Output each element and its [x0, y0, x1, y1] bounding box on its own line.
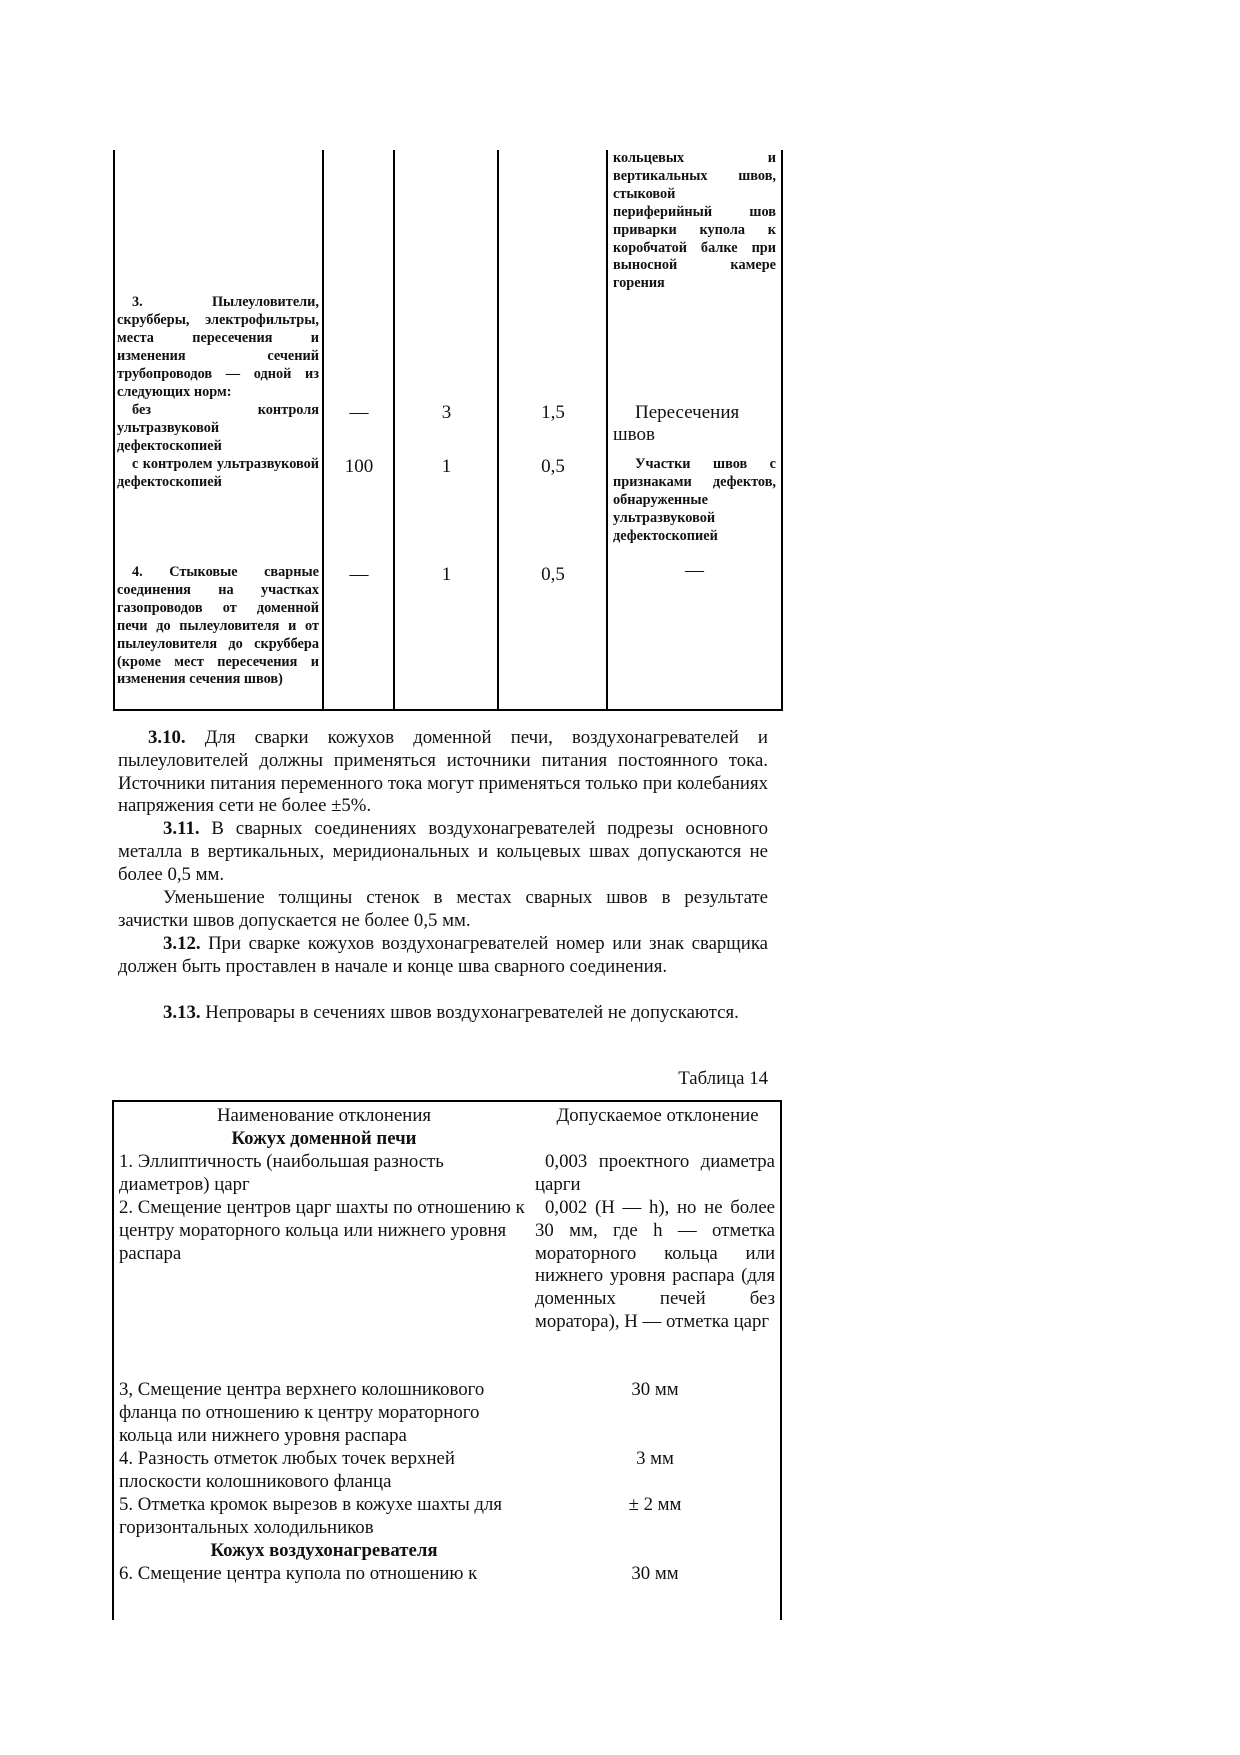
row-2-name: 2. Смещение центров царг шахты по отноше…: [119, 1197, 529, 1265]
table-border-left: [112, 1100, 114, 1620]
row3-sub1-locations: Пересечения швов: [613, 402, 776, 446]
table-caption: Таблица 14: [678, 1068, 768, 1090]
row3-sub2-value: 0,5: [500, 456, 606, 478]
header-allowed-deviation: Допускаемое отклонение: [535, 1105, 780, 1128]
row-6-name: 6. Смещение центра купола по отношению к: [119, 1563, 529, 1586]
row3-sub2-locations: Участки швов с признаками дефектов, обна…: [613, 456, 776, 546]
paragraph-3-10: 3.10. Для сварки кожухов доменной печи, …: [118, 727, 768, 818]
table-border-top: [112, 1100, 782, 1102]
row3-sub1-label: без контроля ультразвуковой дефектоскопи…: [117, 402, 319, 456]
row4-volume: —: [325, 564, 393, 586]
row3-sub2-label: с контролем ультразвуковой дефектоскопие…: [117, 456, 319, 492]
clause-number: 3.11.: [163, 818, 200, 839]
table-divider: [393, 150, 395, 711]
paragraph-3-12: 3.12. При сварке кожухов воздухонагреват…: [118, 933, 768, 979]
table-divider: [606, 150, 608, 711]
row3-sub2-count: 1: [396, 456, 497, 478]
row-6-value: 30 мм: [535, 1563, 775, 1586]
row-1-name: 1. Эллиптичность (наибольшая разность ди…: [119, 1151, 529, 1197]
header-deviation-name: Наименование отклонения: [119, 1105, 529, 1128]
row3-sub2-volume: 100: [325, 456, 393, 478]
section-air-heater-shell: Кожух воздухонагревателя: [119, 1540, 529, 1563]
row-4-name: 4. Разность отметок любых точек верхней …: [119, 1448, 529, 1494]
paragraph-3-11-continued: Уменьшение толщины стенок в местах сварн…: [118, 887, 768, 933]
row3-title: 3. Пылеуловители, скрубберы, электрофиль…: [117, 294, 319, 401]
row-5-name: 5. Отметка кромок вырезов в кожухе шахты…: [119, 1494, 529, 1540]
table-border-right: [780, 1100, 782, 1620]
row-4-value: 3 мм: [535, 1448, 775, 1471]
paragraph-3-11: 3.11. В сварных соединениях воздухонагре…: [118, 818, 768, 886]
table-14-deviations: Наименование отклонения Допускаемое откл…: [112, 1100, 782, 1620]
row4-label: 4. Стыковые сварные соединения на участк…: [117, 564, 319, 689]
clause-number: 3.12.: [163, 933, 201, 954]
row4-count: 1: [396, 564, 497, 586]
table-border-left: [113, 150, 115, 711]
row4-locations: —: [613, 560, 776, 582]
row3-sub1-value: 1,5: [500, 402, 606, 424]
paragraph-3-13: 3.13. Непровары в сечениях швов воздухон…: [118, 1002, 768, 1025]
row3-sub1-count: 3: [396, 402, 497, 424]
section-blast-furnace-shell: Кожух доменной печи: [119, 1128, 529, 1151]
table-border-right: [781, 150, 783, 711]
clause-number: 3.10.: [148, 727, 186, 748]
table-divider: [497, 150, 499, 711]
row-1-value: 0,003 проектного диаметра царги: [535, 1151, 775, 1197]
table-divider: [322, 150, 324, 711]
row3-sub1-volume: —: [325, 402, 393, 424]
table-border-bottom: [113, 709, 783, 711]
cell-weld-locations-continued: кольцевых и вертикальных швов, стыковой …: [613, 150, 776, 293]
row-3-value: 30 мм: [535, 1379, 775, 1402]
row4-value: 0,5: [500, 564, 606, 586]
row-2-value: 0,002 (Н — h), но не более 30 мм, где h …: [535, 1197, 775, 1334]
row-3-name: 3, Смещение центра верхнего колошниковог…: [119, 1379, 529, 1447]
table-welding-control: кольцевых и вертикальных швов, стыковой …: [113, 150, 783, 711]
clause-number: 3.13.: [163, 1002, 201, 1023]
row-5-value: ± 2 мм: [535, 1494, 775, 1517]
